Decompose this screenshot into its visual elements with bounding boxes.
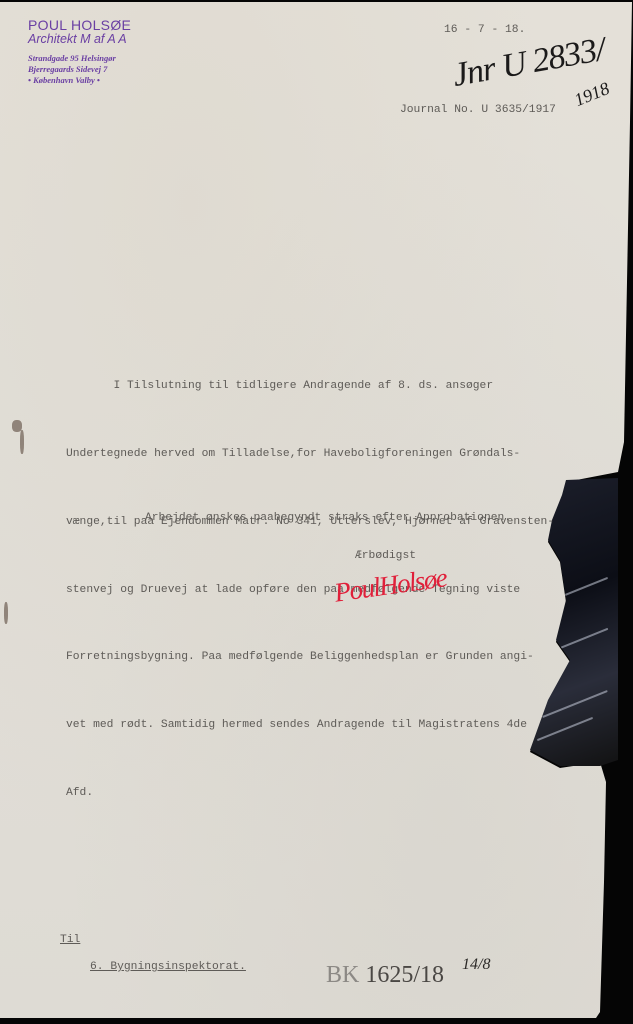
stamp-prefix: BK [326, 962, 359, 988]
stamp-date: 14/8 [462, 956, 490, 974]
letterhead-stamp: POUL HOLSØE Architekt M af A A Strandgad… [28, 18, 131, 86]
letterhead-title: Architekt M af A A [28, 32, 131, 46]
stamp-number: 1625/18 [365, 962, 444, 988]
letter-body: I Tilslutning til tidligere Andragende a… [66, 330, 554, 827]
to-label: Til [60, 934, 80, 946]
registry-stamp: BK 1625/18 [326, 962, 444, 989]
body-line: Afd. [66, 782, 554, 805]
stain-mark [4, 602, 8, 624]
address-line: • København Valby • [28, 75, 131, 86]
letterhead-name: POUL HOLSØE [28, 18, 131, 32]
body-line: vet med rødt. Samtidig hermed sendes And… [66, 714, 554, 737]
address-line: Strandgade 95 Helsingør [28, 53, 131, 64]
journal-number: Journal No. U 3635/1917 [400, 104, 556, 116]
regards: Ærbødigst [355, 550, 416, 562]
stain-mark [20, 430, 24, 454]
body-line: stenvej og Druevej at lade opføre den pa… [66, 579, 554, 602]
body-line: I Tilslutning til tidligere Andragende a… [66, 375, 554, 398]
letterhead-address: Strandgade 95 Helsingør Bjerregaards Sid… [28, 53, 131, 86]
closing-sentence: Arbejdet ønskes paabegyndt straks efter … [145, 512, 511, 524]
address-line: Bjerregaards Sidevej 7 [28, 64, 131, 75]
body-line: Undertegnede herved om Tilladelse,for Ha… [66, 443, 554, 466]
body-line: Forretningsbygning. Paa medfølgende Beli… [66, 646, 554, 669]
letter-date: 16 - 7 - 18. [444, 24, 525, 36]
recipient: 6. Bygningsinspektorat. [90, 961, 246, 973]
